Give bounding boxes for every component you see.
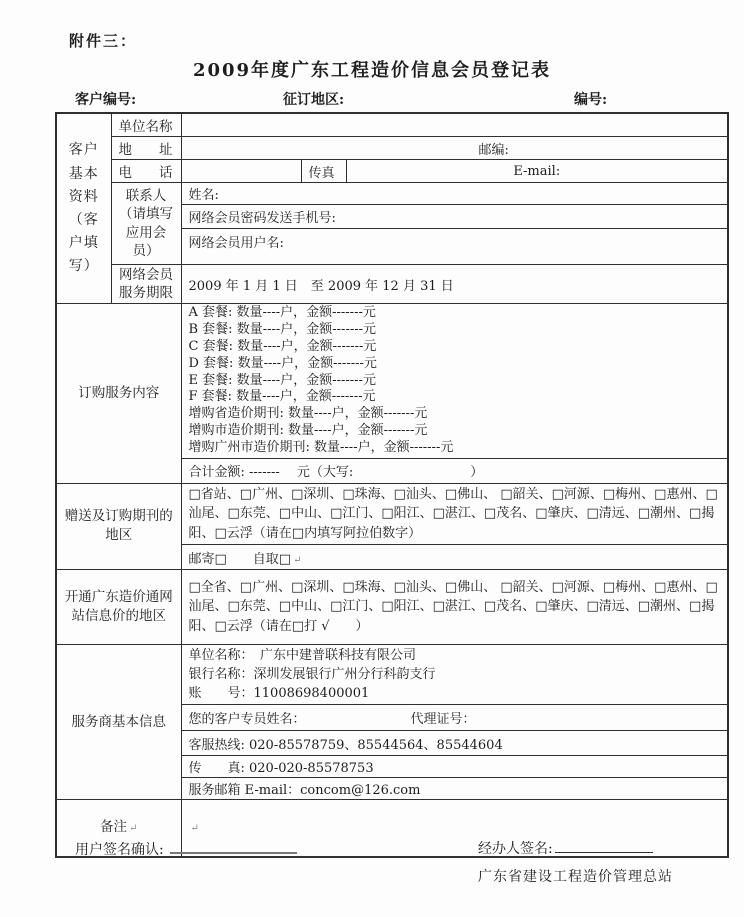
contact-name-cell: 姓名:: [181, 183, 728, 205]
provider-company-line: 单位名称： 广东中建普联科技有限公司: [189, 646, 721, 665]
website-regions-checkboxes: □全省、□广州、□深圳、□珠海、□汕头、□佛山、 □韶关、□河源、□梅州、□惠州…: [181, 570, 728, 645]
provider-account-line: 账 号：11008698400001: [189, 684, 721, 703]
unit-name-value-cell: [181, 113, 728, 137]
package-item: 增购市造价期刊: 数量----户，金额-------元: [189, 423, 721, 440]
form-title: 2009年度广东工程造价信息会员登记表: [0, 56, 744, 82]
phone-value-cell: [181, 160, 301, 183]
email-label: E-mail:: [513, 164, 560, 179]
provider-fax-line: 传 真: 020-020-85578753: [181, 756, 728, 778]
handler-signature-line: [555, 838, 653, 853]
phone-label: 电 话: [111, 160, 181, 183]
section-website-regions: 开通广东造价通网站信息价的地区: [56, 570, 181, 645]
delivery-method-options: 邮寄□ 自取□: [189, 552, 292, 567]
package-item: D 套餐: 数量----户，金额-------元: [189, 356, 721, 373]
order-services-list: A 套餐: 数量----户，金额-------元 B 套餐: 数量----户，金…: [181, 304, 728, 458]
provider-company-bank-cell: 单位名称： 广东中建普联科技有限公司 银行名称：深圳发展银行广州分行科韵支行 账…: [181, 645, 728, 705]
organization-name: 广东省建设工程造价管理总站: [478, 866, 673, 886]
postcode-label: 邮编:: [479, 139, 509, 158]
serial-no-label: 编号:: [574, 89, 607, 109]
user-signature-field: 用户签名确认:: [75, 838, 297, 859]
hotline-line: 客服热线: 020-85578759、85544564、85544604: [181, 731, 728, 756]
section-customer-basic-info: 客户基本资料（客户填写）: [56, 113, 111, 304]
section-order-services: 订购服务内容: [56, 304, 181, 483]
section-gift-regions: 赠送及订购期刊的地区: [56, 483, 181, 570]
package-item: E 套餐: 数量----户，金额-------元: [189, 373, 721, 390]
registration-table: 客户基本资料（客户填写） 单位名称 地 址 邮编: 电 话 传真 E-mail:…: [55, 112, 729, 858]
total-amount-line: 合计金额: ------- 元（大写: ）: [181, 458, 728, 483]
contact-username-cell: 网络会员用户名:: [181, 229, 728, 265]
agent-name-label: 您的客户专员姓名：: [189, 712, 306, 727]
provider-email-line: 服务邮箱 E-mail：concom@126.com: [181, 778, 728, 800]
address-value-cell: 邮编:: [181, 137, 728, 160]
package-item: F 套餐: 数量----户，金额-------元: [189, 389, 721, 406]
service-period-value: 2009 年 1 月 1 日 至 2009 年 12 月 31 日: [181, 265, 728, 304]
remark-label: 备注: [100, 819, 127, 835]
attachment-label: 附件三：: [69, 30, 137, 51]
provider-bank-line: 银行名称：深圳发展银行广州分行科韵支行: [189, 665, 721, 684]
section-provider-info: 服务商基本信息: [56, 645, 181, 800]
delivery-method-cell: 邮寄□ 自取□↵: [181, 545, 728, 570]
user-signature-line: [170, 838, 297, 854]
package-item: 增购省造价期刊: 数量----户，金额-------元: [189, 406, 721, 423]
agent-info-cell: 您的客户专员姓名：代理证号：: [181, 705, 728, 731]
contact-mobile-cell: 网络会员密码发送手机号:: [181, 205, 728, 229]
subscription-area-label: 征订地区:: [283, 89, 344, 109]
agent-cert-label: 代理证号：: [411, 708, 476, 727]
paragraph-mark: ↵: [191, 823, 199, 834]
package-item: 增购广州市造价期刊: 数量----户，金额-------元: [189, 440, 721, 457]
gift-regions-checkboxes: □省站、□广州、□深圳、□珠海、□汕头、□佛山、 □韶关、□河源、□梅州、□惠州…: [181, 483, 728, 545]
package-item: C 套餐: 数量----户，金额-------元: [189, 339, 721, 356]
contact-label: 联系人（请填写应用会员）: [111, 183, 181, 265]
email-value-cell: E-mail:: [346, 160, 728, 183]
fax-label: 传真: [301, 160, 346, 183]
user-signature-label: 用户签名确认:: [75, 842, 164, 858]
package-item: B 套餐: 数量----户，金额-------元: [189, 322, 721, 339]
customer-no-label: 客户编号:: [75, 89, 136, 109]
registration-form-page: 附件三： 2009年度广东工程造价信息会员登记表 客户编号: 征订地区: 编号:…: [0, 0, 744, 917]
package-item: A 套餐: 数量----户，金额-------元: [189, 305, 721, 322]
address-label: 地 址: [111, 137, 181, 160]
service-period-label: 网络会员服务期限: [111, 265, 181, 304]
paragraph-mark: ↵: [293, 555, 301, 566]
paragraph-mark: ↵: [129, 823, 137, 834]
unit-name-label: 单位名称: [111, 113, 181, 137]
handler-signature-field: 经办人签名:: [478, 838, 653, 858]
handler-signature-label: 经办人签名:: [478, 841, 553, 857]
